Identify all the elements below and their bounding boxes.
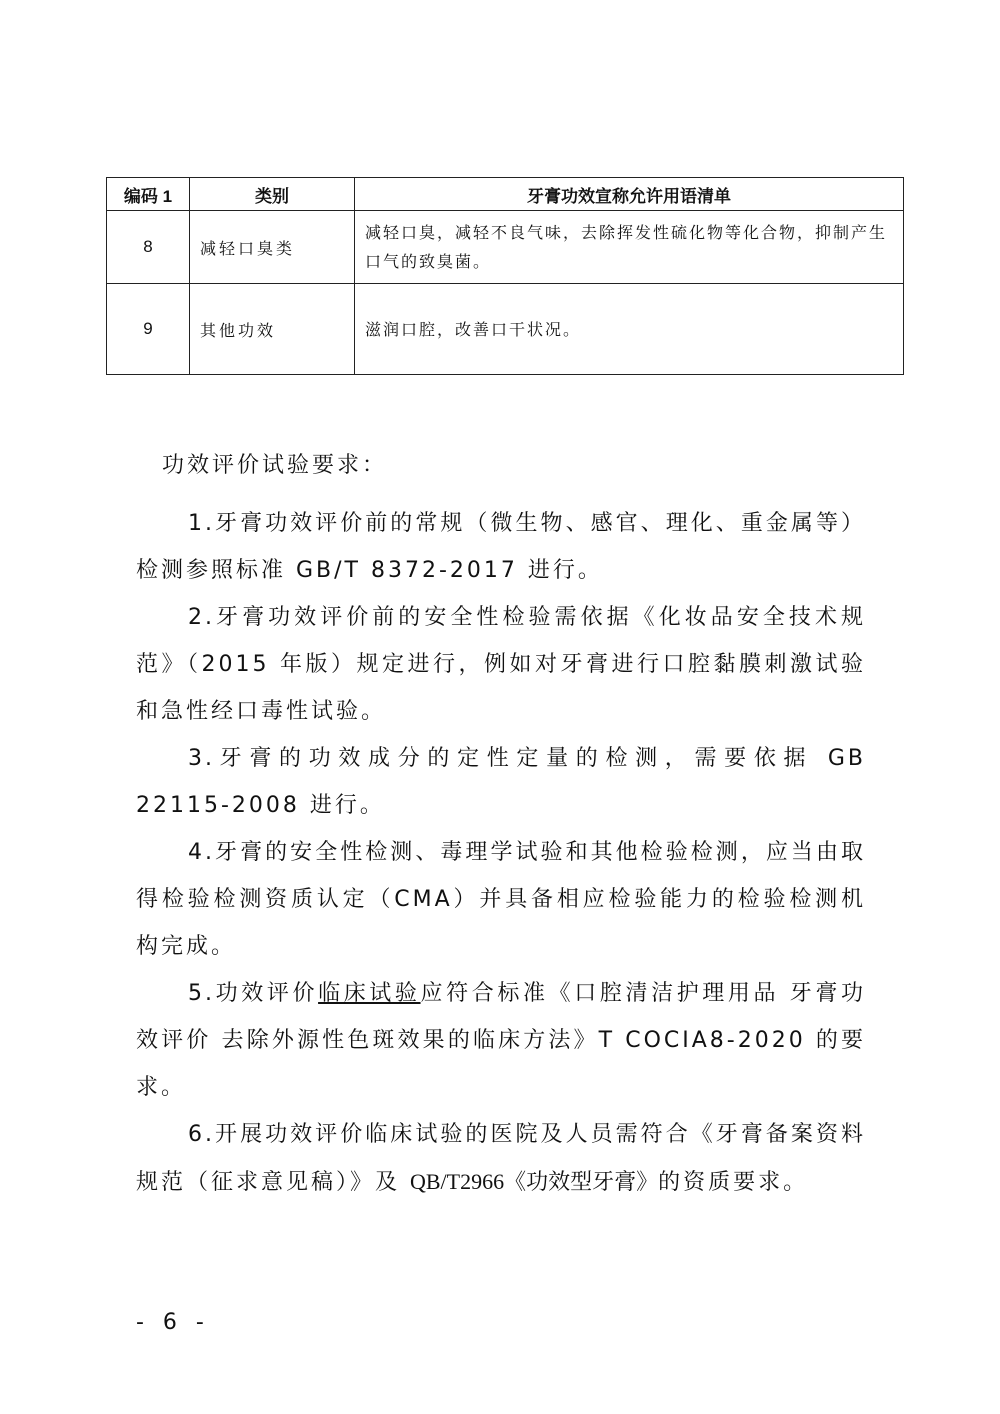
section-heading: 功效评价试验要求： [162,448,387,479]
table-header-row: 编码 1 类别 牙膏功效宣称允许用语清单 [107,178,904,211]
row-category: 其他功效 [190,284,355,375]
efficacy-claims-table: 编码 1 类别 牙膏功效宣称允许用语清单 8 减轻口臭类 减轻口臭，减轻不良气味… [106,177,904,375]
table-row: 8 减轻口臭类 减轻口臭，减轻不良气味，去除挥发性硫化物等化合物，抑制产生口气的… [107,211,904,284]
header-category: 类别 [190,178,355,211]
requirement-item-3: 3.牙膏的功效成分的定性定量的检测，需要依据 GB 22115-2008 进行。 [136,735,866,829]
item-6-standard: QB/T2966《功效型牙膏》 [410,1169,658,1194]
header-terms: 牙膏功效宣称允许用语清单 [355,178,904,211]
requirement-item-2: 2.牙膏功效评价前的安全性检验需依据《化妆品安全技术规范》（2015 年版）规定… [136,594,866,735]
document-page: 编码 1 类别 牙膏功效宣称允许用语清单 8 减轻口臭类 减轻口臭，减轻不良气味… [0,0,1000,1414]
requirement-item-4: 4.牙膏的安全性检测、毒理学试验和其他检验检测，应当由取得检验检测资质认定（CM… [136,829,866,970]
header-code: 编码 1 [107,178,190,211]
requirement-item-5: 5.功效评价临床试验应符合标准《口腔清洁护理用品 牙膏功效评价 去除外源性色斑效… [136,970,866,1111]
item-5-prefix: 5.功效评价 [188,981,318,1006]
requirement-item-6: 6.开展功效评价临床试验的医院及人员需符合《牙膏备案资料规范（征求意见稿）》及 … [136,1111,866,1206]
row-code: 8 [107,211,190,284]
page-number: - 6 - [136,1310,210,1335]
requirements-list: 1.牙膏功效评价前的常规（微生物、感官、理化、重金属等）检测参照标准 GB/T … [136,500,866,1206]
row-terms: 减轻口臭，减轻不良气味，去除挥发性硫化物等化合物，抑制产生口气的致臭菌。 [355,211,904,284]
row-terms: 滋润口腔，改善口干状况。 [355,284,904,375]
table-row: 9 其他功效 滋润口腔，改善口干状况。 [107,284,904,375]
item-5-underlined-term: 临床试验 [318,981,420,1006]
row-category: 减轻口臭类 [190,211,355,284]
requirement-item-1: 1.牙膏功效评价前的常规（微生物、感官、理化、重金属等）检测参照标准 GB/T … [136,500,866,594]
item-6-suffix: 的资质要求。 [658,1170,808,1195]
row-code: 9 [107,284,190,375]
